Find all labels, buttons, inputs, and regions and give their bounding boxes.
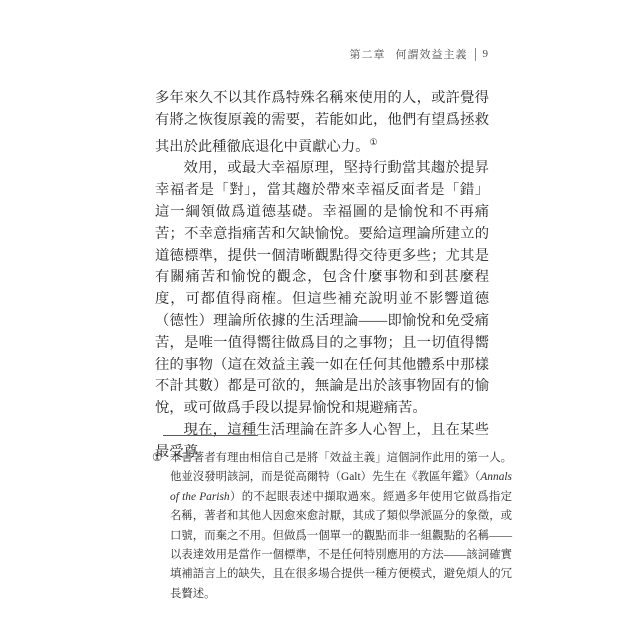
footnote-separator: [163, 435, 258, 436]
header-divider: [475, 48, 476, 61]
paragraph-1-text: 多年來久不以其作爲特殊名稱來使用的人，或許覺得有將之恢復原義的需要，若能如此，他…: [155, 90, 489, 155]
footnote-text-before: 本書著者有理由相信自己是將「效益主義」這個詞作此用的第一人。他並沒發明該詞，而是…: [170, 452, 512, 483]
footnote-ref-1: ①: [369, 137, 377, 147]
footnote-text-after: ）的不起眼表述中擷取過來。經過多年使用它做爲指定名稱，著者和其他人因愈來愈討厭，…: [170, 491, 512, 600]
book-page: 第二章 何謂效益主義 9 多年來久不以其作爲特殊名稱來使用的人，或許覺得有將之恢…: [0, 0, 640, 640]
page-number: 9: [483, 48, 489, 60]
page-header: 第二章 何謂效益主義 9: [155, 46, 488, 62]
paragraph-2: 效用，或最大幸福原理，堅持行動當其趨於提昇幸福者是「對」，當其趨於帶來幸福反面者…: [155, 158, 489, 420]
paragraph-2-text: 效用，或最大幸福原理，堅持行動當其趨於提昇幸福者是「對」，當其趨於帶來幸福反面者…: [155, 160, 489, 416]
section-title: 何謂效益主義: [396, 46, 468, 62]
body-text: 多年來久不以其作爲特殊名稱來使用的人，或許覺得有將之恢復原義的需要，若能如此，他…: [155, 88, 489, 464]
chapter-label: 第二章: [350, 46, 386, 62]
footnote: ①本書著者有理由相信自己是將「效益主義」這個詞作此用的第一人。他並沒發明該詞，而…: [152, 449, 512, 604]
footnote-marker: ①: [152, 449, 170, 468]
paragraph-1: 多年來久不以其作爲特殊名稱來使用的人，或許覺得有將之恢復原義的需要，若能如此，他…: [155, 88, 489, 158]
